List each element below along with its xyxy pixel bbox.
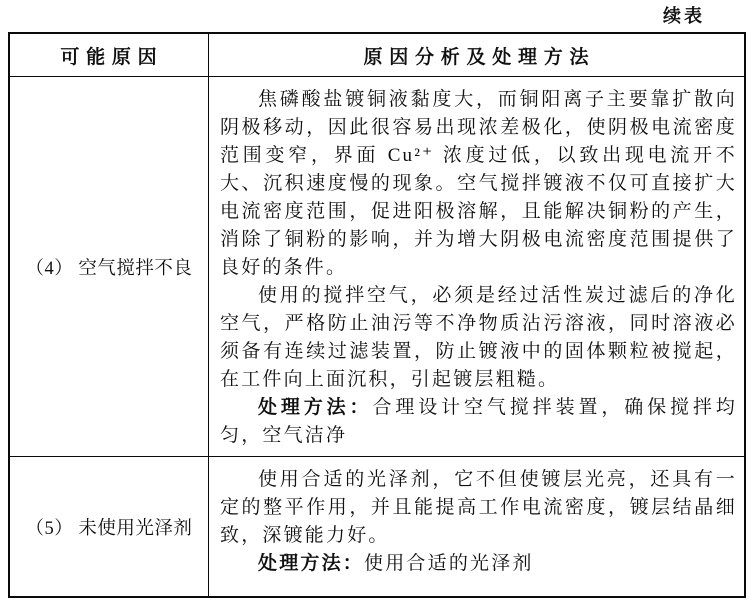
paragraph: 使用合适的光泽剂，它不但使镀层光亮，还具有一定的整平作用，并且能提高工作电流密度… <box>220 466 737 550</box>
paragraph: 处理方法：合理设计空气搅拌装置，确保搅拌均匀，空气洁净 <box>220 394 737 450</box>
document-page: 续表 可 能 原 因 原 因 分 析 及 处 理 方 法 （4） 空气搅拌不良 … <box>0 0 753 604</box>
column-header-analysis: 原 因 分 析 及 处 理 方 法 <box>209 34 744 77</box>
analysis-cell-air-agitation: 焦磷酸盐镀铜液黏度大，而铜阳离子主要靠扩散向阴极移动，因此很容易出现浓差极化，使… <box>209 77 744 457</box>
paragraph: 使用的搅拌空气，必须是经过活性炭过滤后的净化空气，严格防止油污等不净物质沾污溶液… <box>220 282 737 394</box>
continued-table-label: 续表 <box>663 2 705 28</box>
troubleshooting-table: 可 能 原 因 原 因 分 析 及 处 理 方 法 （4） 空气搅拌不良 焦磷酸… <box>8 32 746 598</box>
paragraph: 焦磷酸盐镀铜液黏度大，而铜阳离子主要靠扩散向阴极移动，因此很容易出现浓差极化，使… <box>220 86 737 282</box>
method-label: 处理方法： <box>258 397 372 418</box>
analysis-cell-no-brightener: 使用合适的光泽剂，它不但使镀层光亮，还具有一定的整平作用，并且能提高工作电流密度… <box>209 457 744 596</box>
cause-cell-no-brightener: （5） 未使用光泽剂 <box>10 457 209 596</box>
method-label: 处理方法： <box>258 553 364 574</box>
column-header-cause: 可 能 原 因 <box>10 34 209 77</box>
paragraph-text: 使用合适的光泽剂，它不但使镀层光亮，还具有一定的整平作用，并且能提高工作电流密度… <box>220 469 737 546</box>
cause-cell-air-agitation: （4） 空气搅拌不良 <box>10 77 209 457</box>
paragraph-text: 使用的搅拌空气，必须是经过活性炭过滤后的净化空气，严格防止油污等不净物质沾污溶液… <box>220 285 737 390</box>
paragraph-text: 使用合适的光泽剂 <box>364 553 534 574</box>
paragraph: 处理方法：使用合适的光泽剂 <box>220 550 737 578</box>
paragraph-text: 焦磷酸盐镀铜液黏度大，而铜阳离子主要靠扩散向阴极移动，因此很容易出现浓差极化，使… <box>220 89 737 278</box>
